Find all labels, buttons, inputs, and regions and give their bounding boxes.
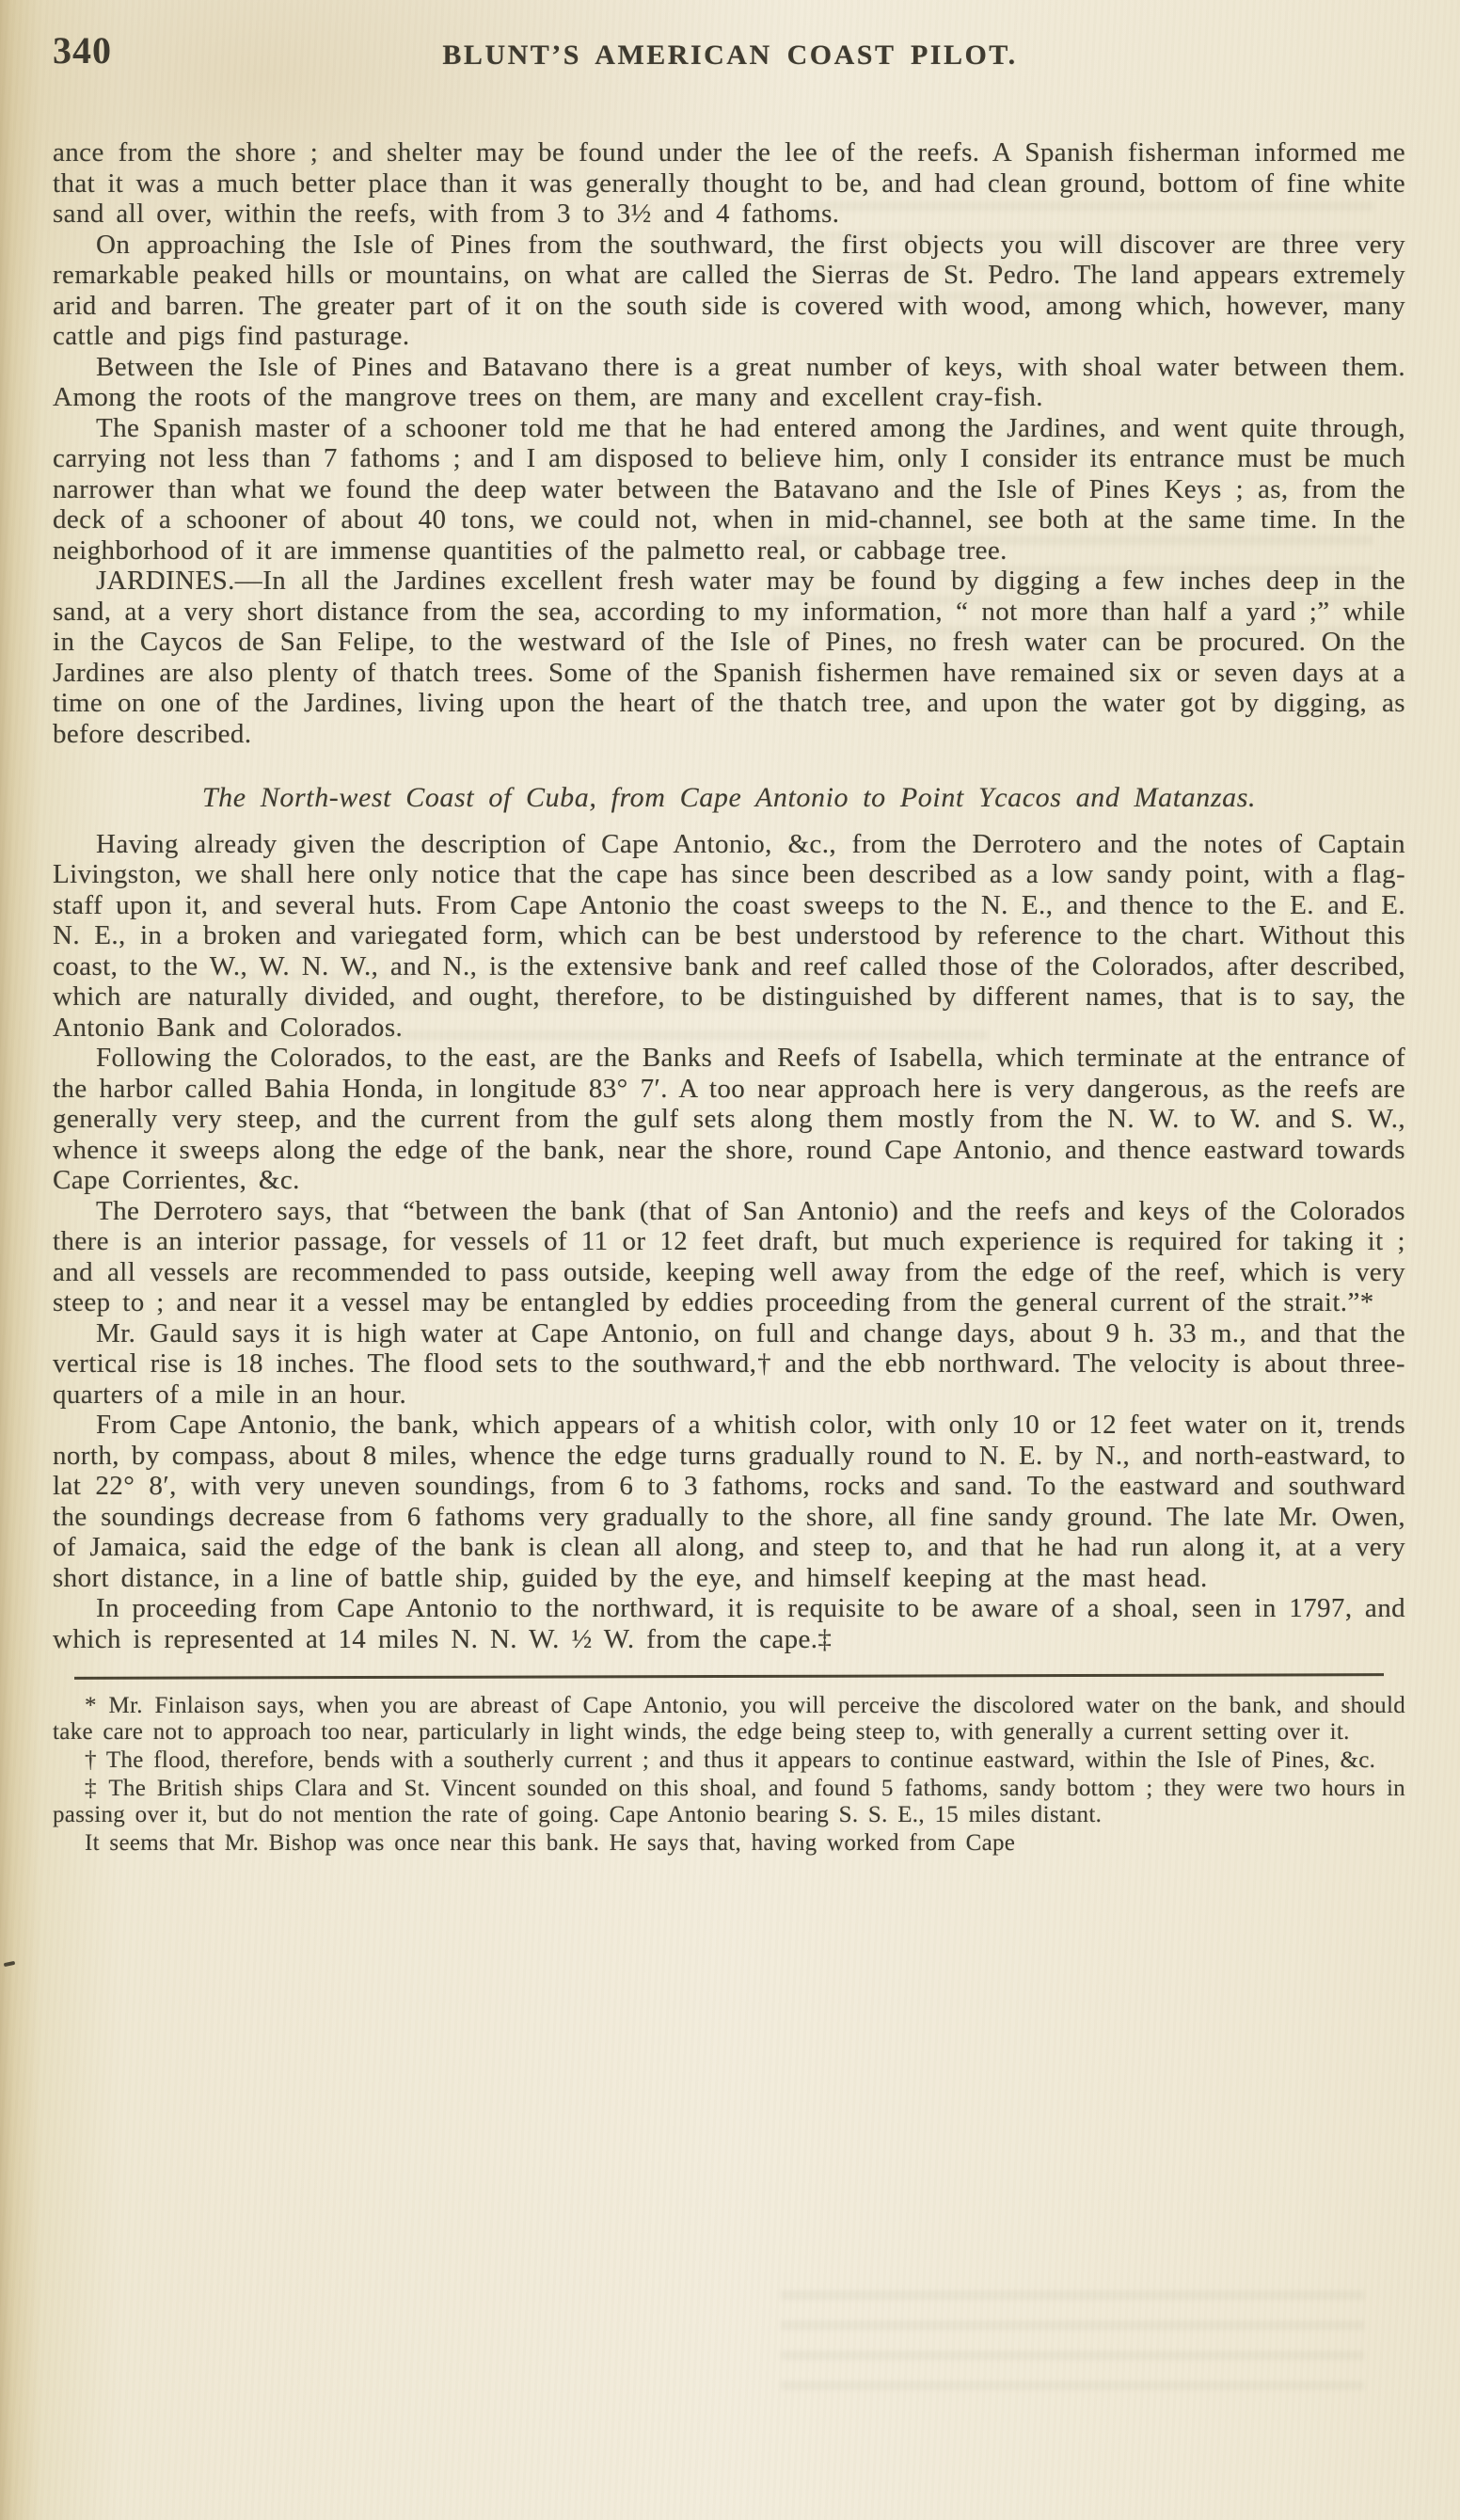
scan-mark-artifact xyxy=(4,1961,16,1967)
running-title: BLUNT’S AMERICAN COAST PILOT. xyxy=(0,34,1460,72)
page-header: 340 BLUNT’S AMERICAN COAST PILOT. xyxy=(0,0,1460,113)
body-paragraph: From Cape Antonio, the bank, which appea… xyxy=(53,1410,1405,1593)
body-paragraph: Between the Isle of Pines and Batavano t… xyxy=(53,352,1405,413)
book-page: 340 BLUNT’S AMERICAN COAST PILOT. ance f… xyxy=(0,0,1460,2520)
body-paragraph: The Spanish master of a schooner told me… xyxy=(53,413,1405,566)
body-paragraph: Mr. Gauld says it is high water at Cape … xyxy=(53,1318,1405,1411)
footnote-divider xyxy=(74,1673,1384,1680)
body-paragraph: ance from the shore ; and shelter may be… xyxy=(53,137,1405,230)
body-paragraph: The Derrotero says, that “between the ba… xyxy=(53,1196,1405,1318)
section-heading: The North-west Coast of Cuba, from Cape … xyxy=(53,783,1405,814)
body-paragraph: On approaching the Isle of Pines from th… xyxy=(53,230,1405,352)
footnote: † The flood, therefore, bends with a sou… xyxy=(53,1747,1405,1774)
page-number: 340 xyxy=(53,28,112,72)
footnote: It seems that Mr. Bishop was once near t… xyxy=(53,1830,1405,1857)
body-paragraph: Having already given the description of … xyxy=(53,829,1405,1044)
body-paragraph: Following the Colorados, to the east, ar… xyxy=(53,1043,1405,1196)
page-body: ance from the shore ; and shelter may be… xyxy=(0,113,1460,1857)
footnote: * Mr. Finlaison says, when you are abrea… xyxy=(53,1693,1405,1746)
body-paragraph: In proceeding from Cape Antonio to the n… xyxy=(53,1593,1405,1654)
footnotes-section: * Mr. Finlaison says, when you are abrea… xyxy=(53,1693,1405,1857)
footnote: ‡ The British ships Clara and St. Vincen… xyxy=(53,1776,1405,1828)
show-through-artifact xyxy=(781,2287,1364,2390)
body-paragraph: JARDINES.—In all the Jardines excellent … xyxy=(53,566,1405,749)
